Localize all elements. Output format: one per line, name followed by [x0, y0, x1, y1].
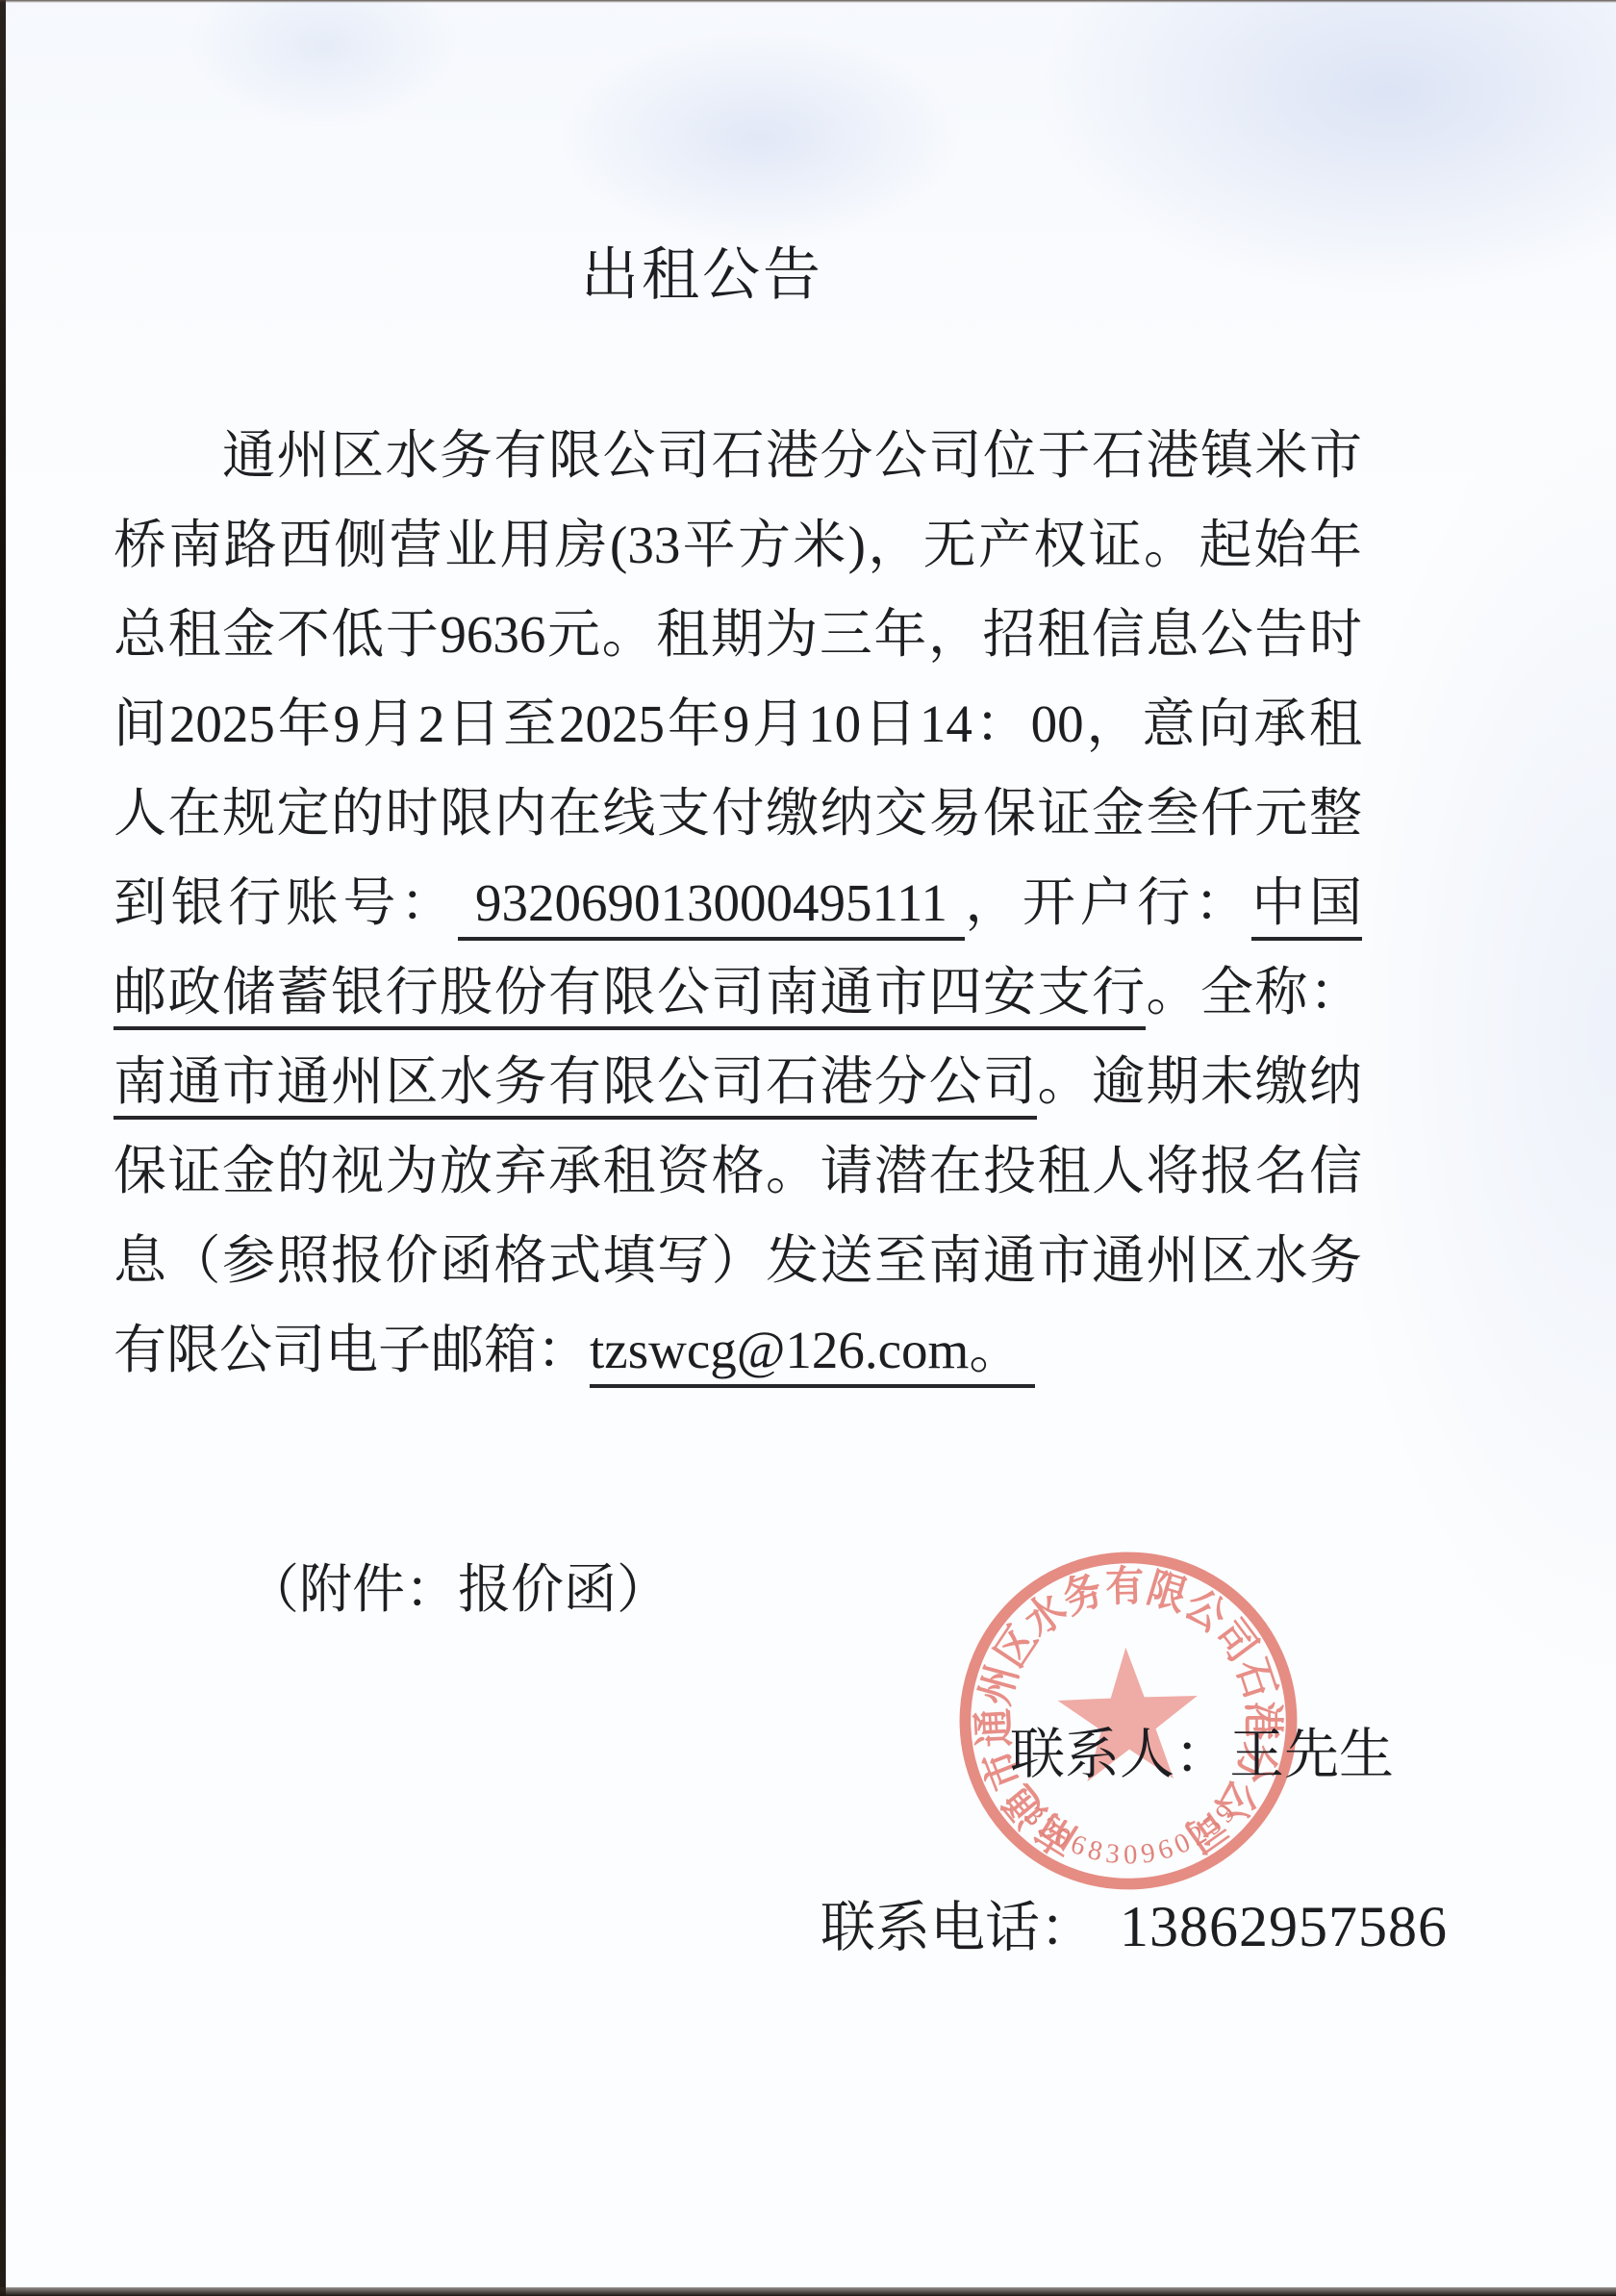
body-line: 间2025年9月2日至2025年9月10日14：00，意向承租: [114, 679, 1362, 769]
body-line: 到银行账号： 932069013000495111 ，开户行：中国: [114, 858, 1362, 947]
body-text: 有限公司电子邮箱：: [114, 1321, 590, 1379]
body-text: 。逾期未缴纳: [1037, 1052, 1362, 1111]
body-text-underlined: 中国: [1251, 873, 1362, 941]
scan-edge-top: [0, 0, 1616, 3]
contact-person-name: 王先生: [1229, 1725, 1394, 1785]
body-text: 保证金的视为放弃承租资格。请潜在投租人将报名信: [114, 1142, 1362, 1200]
body-line: 保证金的视为放弃承租资格。请潜在投租人将报名信: [114, 1126, 1362, 1216]
scan-edge-left: [0, 0, 6, 2296]
attachment-note: （附件：报价函）: [246, 1547, 669, 1623]
body-line: 南通市通州区水务有限公司石港分公司。逾期未缴纳: [114, 1037, 1362, 1126]
body-text: ，开户行：: [965, 873, 1251, 932]
body-text-underlined: 邮政储蓄银行股份有限公司南通市四安支行: [114, 963, 1146, 1030]
body-text: 到银行账号：: [114, 873, 458, 932]
body-paragraph: 通州区水务有限公司石港分公司位于石港镇米市桥南路西侧营业用房(33平方米)，无产…: [114, 411, 1362, 1395]
body-line: 总租金不低于9636元。租期为三年，招租信息公告时: [114, 590, 1362, 679]
body-text: 人在规定的时限内在线支付缴纳交易保证金叁仟元整: [114, 784, 1362, 843]
body-line: 人在规定的时限内在线支付缴纳交易保证金叁仟元整: [114, 769, 1362, 858]
body-text: 息（参照报价函格式填写）发送至南通市通州区水务: [114, 1231, 1362, 1290]
body-text: 间2025年9月2日至2025年9月10日14：00，意向承租: [114, 694, 1362, 753]
body-line: 有限公司电子邮箱：tzswcg@126.com。: [114, 1305, 1362, 1395]
contact-phone-line: 联系电话：13862957586: [821, 1883, 1448, 1962]
body-line: 桥南路西侧营业用房(33平方米)，无产权证。起始年: [114, 500, 1362, 590]
scan-edge-bottom: [0, 2287, 1616, 2296]
body-text-underlined: 南通市通州区水务有限公司石港分公司: [114, 1052, 1037, 1120]
body-text-underlined: tzswcg@126.com。: [590, 1321, 1035, 1388]
scanned-document-page: { "document": { "title": "出租公告", "body_l…: [0, 0, 1616, 2296]
body-line: 通州区水务有限公司石港分公司位于石港镇米市: [114, 411, 1362, 500]
body-line: 邮政储蓄银行股份有限公司南通市四安支行。全称：: [114, 947, 1362, 1037]
contact-phone-label: 联系电话：: [821, 1898, 1095, 1958]
body-text: 。全称：: [1146, 963, 1362, 1022]
body-text-underlined: 932069013000495111: [458, 873, 966, 941]
body-line: 息（参照报价函格式填写）发送至南通市通州区水务: [114, 1216, 1362, 1305]
contact-person-label: 联系人：: [1010, 1725, 1229, 1785]
body-text: 总租金不低于9636元。租期为三年，招租信息公告时: [114, 605, 1362, 664]
body-text: 通州区水务有限公司石港分公司位于石港镇米市: [114, 426, 1362, 485]
contact-person-line: 联系人：王先生: [1010, 1710, 1394, 1789]
contact-phone-number: 13862957586: [1120, 1895, 1448, 1958]
body-text: 桥南路西侧营业用房(33平方米)，无产权证。起始年: [114, 516, 1362, 574]
document-title: 出租公告: [581, 229, 823, 312]
